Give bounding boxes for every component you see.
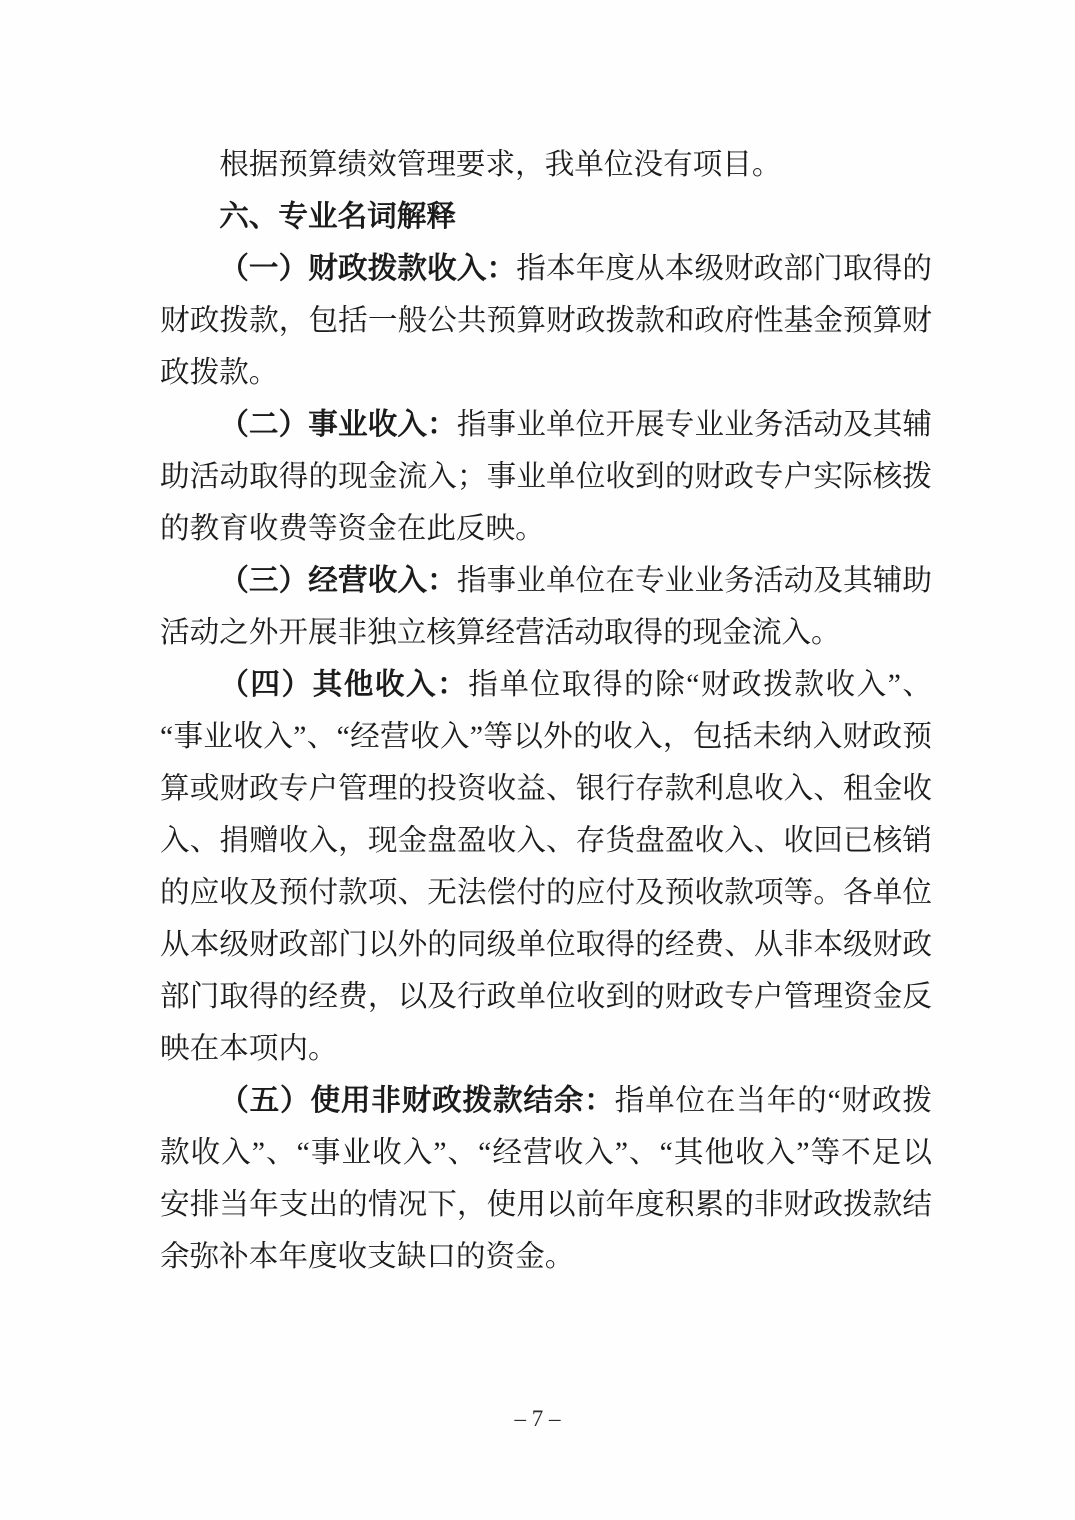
term-label: （三）经营收入：	[219, 565, 457, 597]
term-label: （四）其他收入：	[219, 669, 468, 701]
document-content: 根据预算绩效管理要求，我单位没有项目。 六、专业名词解释 （一）财政拨款收入：指…	[160, 139, 932, 1283]
term-paragraph: （一）财政拨款收入：指本年度从本级财政部门取得的财政拨款，包括一般公共预算财政拨…	[160, 243, 932, 399]
term-paragraph: （五）使用非财政拨款结余：指单位在当年的“财政拨款收入”、“事业收入”、“经营收…	[160, 1075, 932, 1283]
term-label: （一）财政拨款收入：	[219, 253, 516, 285]
page-number: – 7 –	[0, 1396, 1075, 1442]
term-paragraph: （三）经营收入：指事业单位在专业业务活动及其辅助活动之外开展非独立核算经营活动取…	[160, 555, 932, 659]
terms-list: （一）财政拨款收入：指本年度从本级财政部门取得的财政拨款，包括一般公共预算财政拨…	[160, 243, 932, 1283]
intro-paragraph: 根据预算绩效管理要求，我单位没有项目。	[160, 139, 932, 191]
section-heading: 六、专业名词解释	[160, 191, 932, 243]
document-page: 根据预算绩效管理要求，我单位没有项目。 六、专业名词解释 （一）财政拨款收入：指…	[0, 0, 1075, 1520]
term-paragraph: （四）其他收入：指单位取得的除“财政拨款收入”、“事业收入”、“经营收入”等以外…	[160, 659, 932, 1075]
term-definition: 指单位取得的除“财政拨款收入”、“事业收入”、“经营收入”等以外的收入，包括未纳…	[160, 669, 932, 1065]
term-label: （二）事业收入：	[219, 409, 457, 441]
term-paragraph: （二）事业收入：指事业单位开展专业业务活动及其辅助活动取得的现金流入；事业单位收…	[160, 399, 932, 555]
term-label: （五）使用非财政拨款结余：	[219, 1085, 614, 1117]
